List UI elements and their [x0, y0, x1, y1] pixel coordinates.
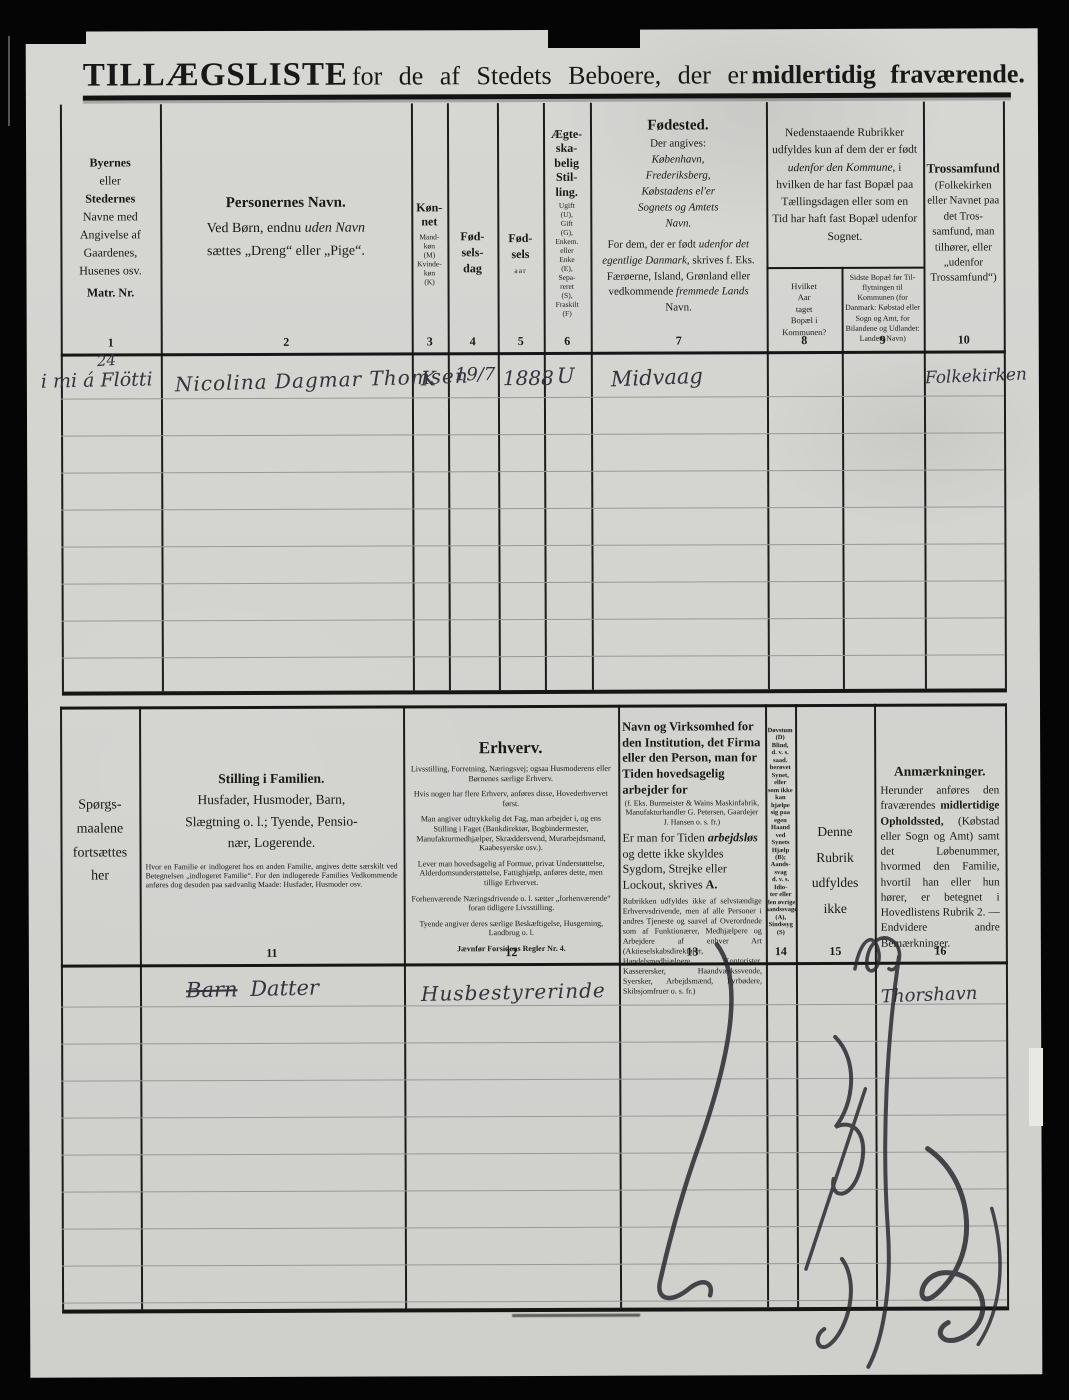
printer-imprint: [512, 1314, 640, 1317]
col7-header-title: Fødested.: [594, 117, 762, 135]
census-form-page: TILLÆGSLISTE for de af Stedets Beboere, …: [26, 28, 1043, 1378]
col11-header-body: Husfader, Husmoder, Barn, Slægtning o. l…: [145, 788, 397, 854]
col12-paragraph: Hvis nogen har flere Erhverv, anføres di…: [409, 789, 612, 809]
col3-header: Køn- net Mand- køn (M) Kvinde- køn (K): [411, 200, 447, 286]
handwriting-birthplace: Midvaag: [610, 364, 703, 392]
table-line: [139, 706, 143, 1309]
group89-text: Nedenstaaende Rubrikker udfyldes kun af …: [772, 127, 917, 157]
col16-header-title: Anmærkninger.: [880, 763, 999, 779]
film-edge-sliver: [1029, 1048, 1043, 1126]
col8-9-group-header: Nedenstaaende Rubrikker udfyldes kun af …: [772, 125, 917, 246]
col10-header-body: (Folkekirken eller Navnet paa det Tros-s…: [925, 178, 1001, 286]
table-line: [61, 1040, 1006, 1044]
handwriting-marital-status: U: [557, 364, 575, 388]
table-line: [62, 1225, 1007, 1229]
col-number: 7: [591, 333, 767, 349]
col-number: 3: [412, 334, 448, 349]
col13-title-small: (f. Eks. Burmeister & Wains Maskinfabrik…: [622, 798, 761, 827]
col14-header: Døvstum (D) Blind, d. v. s. saad. berøve…: [765, 727, 796, 936]
col-number: 15: [796, 944, 875, 959]
table-line: [62, 1188, 1007, 1192]
film-notch: [0, 0, 86, 44]
col3-header-sub: Mand- køn (M) Kvinde- køn (K): [411, 232, 447, 286]
col10-header-title: Trossamfund: [925, 160, 1001, 176]
table-line: [61, 469, 1004, 473]
col1-header-bold: Byernes: [62, 153, 158, 171]
form-title-mid: for de af Stedets Beboere, der er: [352, 60, 748, 90]
col11-header-title: Stilling i Familien.: [145, 770, 397, 787]
col-number: 6: [544, 334, 591, 349]
table-line: [766, 267, 923, 270]
table-line: [61, 1003, 1006, 1007]
table-line: [61, 543, 1004, 547]
col2-header-title: Personernes Navn.: [164, 190, 407, 216]
col-number: 4: [448, 334, 498, 349]
table-line: [61, 350, 1006, 356]
col11-header: Stilling i Familien. Husfader, Husmoder,…: [145, 770, 397, 890]
table-line: [62, 654, 1005, 658]
col-number: 13: [619, 944, 766, 960]
col7-text-italic: fremmede Lands: [676, 286, 749, 298]
table-line: [61, 506, 1004, 510]
table-line: [403, 705, 407, 1308]
handwriting-birthyear: 1888: [503, 366, 554, 390]
col12-paragraph: Livsstilling, Forretning, Næringsvej; og…: [409, 764, 612, 784]
ink-flourish: [817, 1259, 851, 1347]
col3-header-title: Køn- net: [411, 200, 447, 229]
ink-flourish: [658, 944, 732, 1298]
col4-header: Fød- sels- dag: [447, 228, 497, 277]
col1-header-bold: Stedernes: [62, 189, 158, 207]
form-title-main: TILLÆGSLISTE: [83, 57, 348, 94]
handwriting-family-position: Barn Datter: [186, 976, 319, 1003]
col1-header-text: eller: [62, 171, 158, 189]
col13-text-bold: A.: [706, 877, 718, 891]
col6-header-sub: Ugift (U), Gift (G), Enkem. eller Enke (…: [543, 201, 590, 318]
col6-header-title: Ægte- ska- belig Stil- ling.: [543, 127, 590, 199]
col2-header-text: Ved Børn, endnu uden Navn: [164, 216, 407, 241]
table-line: [62, 1306, 1009, 1313]
col-number: 9: [842, 333, 924, 348]
col2-text: Ved Børn, endnu: [207, 220, 305, 235]
ink-flourish: [867, 957, 900, 1367]
col-number: 12: [404, 945, 619, 961]
col2-header-text: sættes „Dreng“ eller „Pige“.: [164, 240, 407, 265]
col12-header: Erhverv. Livsstilling, Forretning, Nærin…: [409, 738, 613, 954]
table-line: [62, 1299, 1007, 1303]
col13-text: Er man for Tiden: [622, 831, 707, 845]
handwriting-sex: K: [421, 366, 436, 390]
table-line: [61, 1077, 1006, 1081]
col12-paragraph: Tyende angiver deres særlige Beskæftigel…: [410, 918, 613, 938]
col7-header: Fødested. Der angives: København, Freder…: [594, 117, 763, 317]
ink-flourish: [978, 1208, 1001, 1344]
film-scan-frame: TILLÆGSLISTE for de af Stedets Beboere, …: [0, 0, 1069, 1400]
form-title: TILLÆGSLISTE for de af Stedets Beboere, …: [83, 54, 1013, 94]
col16-header: Anmærkninger. Herunder anføres den fravæ…: [880, 763, 1000, 951]
table-line: [61, 432, 1004, 436]
handwriting-occupation: Husbestyrerinde: [421, 978, 606, 1006]
table-line: [62, 1151, 1007, 1155]
col1-header-text: Navne med Angivelse af Gaardenes, Husene…: [62, 207, 158, 279]
col-number: 16: [875, 943, 1006, 958]
col-number: 2: [161, 334, 412, 350]
handwriting-matr-number: 24: [96, 351, 116, 370]
form-title-bold-end: midlertidig fraværende.: [752, 59, 1025, 89]
col-number: 5: [498, 334, 544, 349]
table-line: [61, 1114, 1006, 1118]
col12-paragraph: Forhenværende Næringsdrivende o. l. sætt…: [410, 893, 613, 913]
col12-paragraph: Lever man hovedsagelig af Formue, privat…: [410, 858, 613, 887]
handwriting-status-word: Datter: [250, 976, 319, 1001]
col7-text: Navn.: [665, 302, 692, 314]
col7-text: For dem, der er født: [608, 238, 699, 250]
ink-flourish: [921, 1148, 983, 1340]
col-number: 11: [140, 945, 404, 961]
col5-header-sub: aar: [497, 266, 543, 275]
film-edge-line: [8, 36, 10, 126]
col5-header-title: Fød- sels: [497, 230, 543, 263]
film-notch: [548, 0, 640, 48]
handwriting-place: i mi á Flötti: [41, 368, 153, 392]
table-line: [62, 617, 1005, 621]
col-number: 8: [767, 333, 842, 348]
col1-header: Byernes eller Stedernes Navne med Angive…: [62, 153, 159, 301]
table-line: [61, 961, 1008, 967]
table-line: [61, 395, 1004, 399]
col5-header: Fød- sels aar: [497, 230, 543, 276]
col-number: 10: [924, 332, 1004, 347]
table-line: [795, 704, 799, 1307]
col10-header: Trossamfund (Folkekirken eller Navnet pa…: [925, 160, 1001, 286]
col13-title: Navn og Virksomhed for den Institution, …: [622, 719, 761, 798]
handwriting-person-name: Nicolina Dagmar Thomsen: [175, 365, 411, 396]
col16-body: Herunder anføres den fraværendes midlert…: [880, 783, 1000, 951]
side-label: Spørgs- maalene fortsættes her: [62, 793, 137, 888]
col7-text: Der angives:: [594, 136, 762, 153]
table-line: [1005, 703, 1009, 1306]
col2-header: Personernes Navn. Ved Børn, endnu uden N…: [164, 190, 407, 264]
table-line: [62, 1262, 1007, 1266]
group89-text-italic: udenfor den Kommune,: [788, 161, 896, 173]
table-line: [874, 704, 878, 1307]
col6-header: Ægte- ska- belig Stil- ling. Ugift (U), …: [543, 127, 591, 318]
col-number: 1: [61, 335, 161, 350]
col12-paragraph: Man angiver udtrykkelig det Fag, man arb…: [409, 814, 612, 853]
col7-text-italic: København, Frederiksberg, Købstadens el'…: [594, 152, 762, 232]
table-line: [62, 688, 1007, 695]
col16-text: (Købstad eller Sogn og Amt) samt det Løb…: [880, 815, 999, 949]
col8-subheader: Hvilket Aar taget Bopæl i Kommunen?: [767, 281, 842, 339]
table-line: [60, 703, 1007, 709]
col13-text: Er man for Tiden arbejdsløs og dette ikk…: [622, 830, 761, 893]
col13-text-italic: arbejdsløs: [708, 830, 758, 844]
col2-text-italic: uden Navn: [305, 220, 365, 235]
col12-header-title: Erhverv.: [409, 738, 612, 759]
handwriting-remarks: Thorshavn: [881, 983, 978, 1008]
table-line: [62, 580, 1005, 584]
handwriting-struck-word: Barn: [186, 977, 238, 1002]
col11-header-note: Hvor en Familie er indlogeret hos en and…: [146, 861, 398, 890]
handwriting-denomination: Folkekirken: [925, 365, 1028, 389]
col-number: 14: [766, 944, 796, 959]
handwriting-birthday: 19/7: [455, 364, 495, 385]
col15-header: Denne Rubrik udfyldes ikke: [795, 819, 874, 922]
col1-header-bold: Matr. Nr.: [63, 283, 159, 301]
col7-text: For dem, der er født udenfor det egentli…: [594, 237, 762, 317]
